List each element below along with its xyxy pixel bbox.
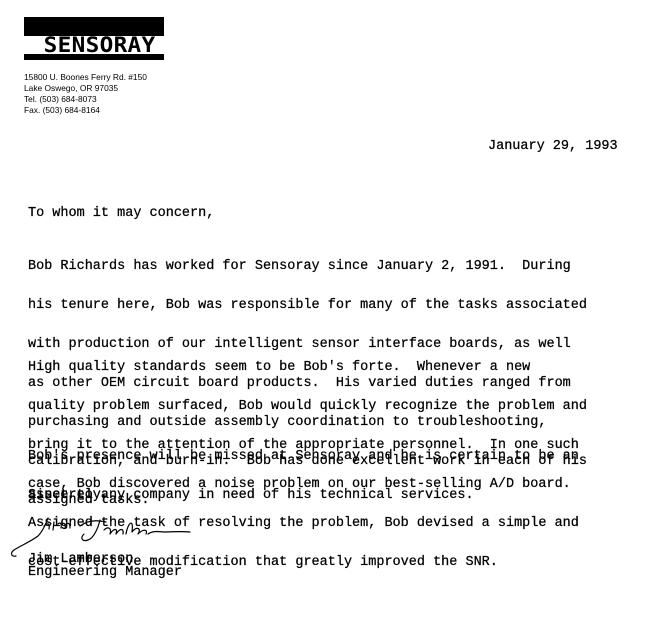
signer-title: Engineering Manager	[28, 566, 182, 579]
letter-date: January 29, 1993	[488, 140, 618, 153]
address-fax: Fax. (503) 684-8164	[24, 105, 147, 116]
address-street: 15800 U. Boones Ferry Rd. #150	[24, 72, 147, 83]
closing: Sincerely,	[28, 489, 109, 502]
letterhead-address: 15800 U. Boones Ferry Rd. #150 Lake Oswe…	[24, 72, 147, 116]
paragraph-line: High quality standards seem to be Bob's …	[28, 361, 587, 374]
address-city: Lake Oswego, OR 97035	[24, 83, 147, 94]
paragraph-line: quality problem surfaced, Bob would quic…	[28, 400, 587, 413]
paragraph-3: Bob's presence will be missed at Sensora…	[28, 424, 579, 515]
company-logo: SENSORAY	[24, 17, 164, 61]
address-phone: Tel. (503) 684-8073	[24, 94, 147, 105]
paragraph-line: Bob's presence will be missed at Sensora…	[28, 450, 579, 463]
salutation: To whom it may concern,	[28, 207, 214, 220]
paragraph-line: his tenure here, Bob was responsible for…	[28, 299, 587, 312]
logo-wordmark: SENSORAY	[24, 34, 175, 56]
logo-bar-bottom	[24, 54, 164, 60]
paragraph-line: Bob Richards has worked for Sensoray sin…	[28, 260, 587, 273]
paragraph-line: asset to any company in need of his tech…	[28, 489, 579, 502]
